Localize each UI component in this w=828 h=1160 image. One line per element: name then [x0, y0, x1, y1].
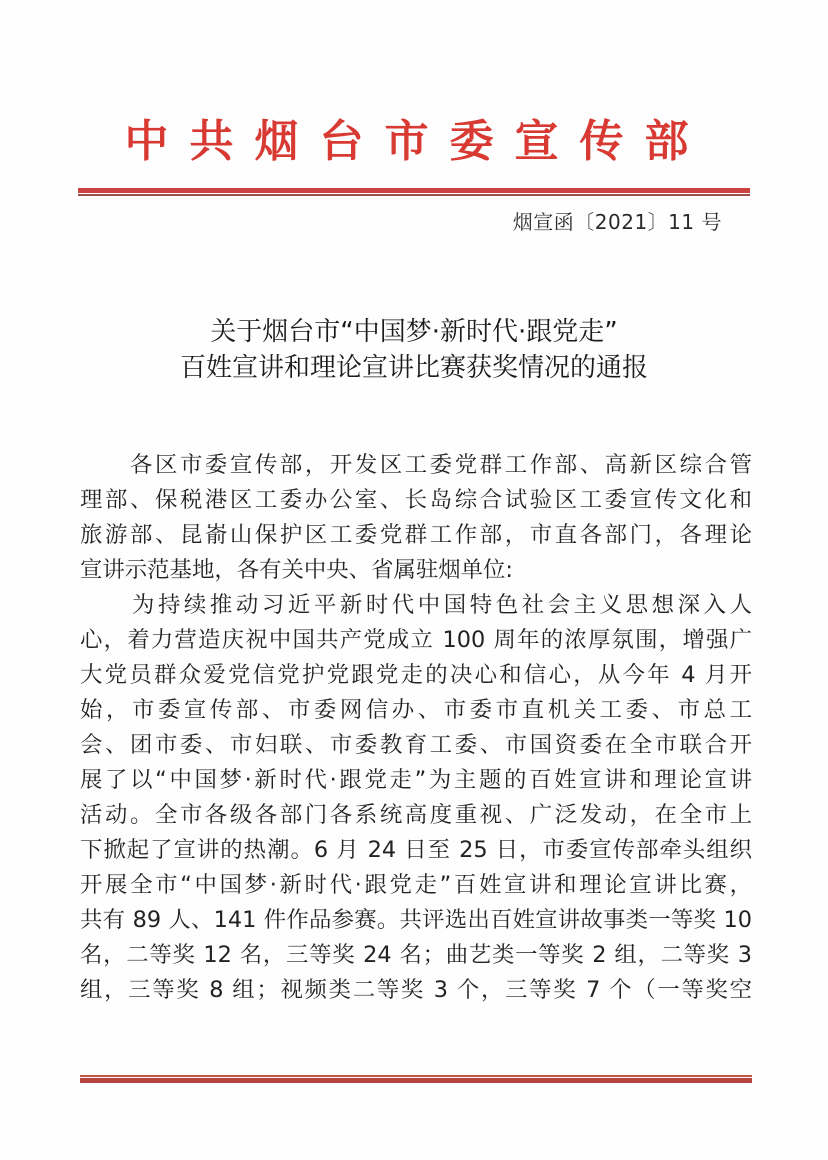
body-line: 开展全市“中国梦·新时代·跟党走”百姓宣讲和理论宣讲比赛， — [80, 868, 752, 903]
document-title: 关于烟台市“中国梦·新时代·跟党走” 百姓宣讲和理论宣讲比赛获奖情况的通报 — [0, 314, 828, 386]
header-divider-thin — [78, 194, 750, 196]
body-line: 为持续推动习近平新时代中国特色社会主义思想深入人 — [80, 588, 752, 623]
document-body: 各区市委宣传部，开发区工委党群工作部、高新区综合管 理部、保税港区工委办公室、长… — [80, 448, 752, 1008]
organization-header: 中共烟台市委宣传部 — [0, 112, 828, 172]
footer-divider — [80, 1075, 752, 1083]
body-line: 旅游部、昆嵛山保护区工委党群工作部，市直各部门，各理论 — [80, 518, 752, 553]
body-line: 大党员群众爱党信党护党跟党走的决心和信心，从今年 4 月开 — [80, 658, 752, 693]
body-line: 下掀起了宣讲的热潮。6 月 24 日至 25 日，市委宣传部牵头组织 — [80, 833, 752, 868]
document-title-line-1: 关于烟台市“中国梦·新时代·跟党走” — [0, 314, 828, 350]
paragraph-main: 为持续推动习近平新时代中国特色社会主义思想深入人 心，着力营造庆祝中国共产党成立… — [80, 588, 752, 1008]
body-line: 展了以“中国梦·新时代·跟党走”为主题的百姓宣讲和理论宣讲 — [80, 763, 752, 798]
body-line: 组，三等奖 8 组；视频类二等奖 3 个，三等奖 7 个（一等奖空 — [80, 973, 752, 1008]
body-line: 始，市委宣传部、市委网信办、市委市直机关工委、市总工 — [80, 693, 752, 728]
document-title-line-2: 百姓宣讲和理论宣讲比赛获奖情况的通报 — [0, 350, 828, 386]
paragraph-addressees: 各区市委宣传部，开发区工委党群工作部、高新区综合管 理部、保税港区工委办公室、长… — [80, 448, 752, 588]
body-line: 心，着力营造庆祝中国共产党成立 100 周年的浓厚氛围，增强广 — [80, 623, 752, 658]
document-page: 中共烟台市委宣传部 烟宣函〔2021〕11 号 关于烟台市“中国梦·新时代·跟党… — [0, 0, 828, 1160]
header-divider — [78, 188, 750, 196]
body-line: 理部、保税港区工委办公室、长岛综合试验区工委宣传文化和 — [80, 483, 752, 518]
body-line: 名，二等奖 12 名，三等奖 24 名；曲艺类一等奖 2 组，二等奖 3 — [80, 938, 752, 973]
document-number: 烟宣函〔2021〕11 号 — [513, 206, 722, 238]
header-divider-thick — [78, 188, 750, 193]
footer-divider-thin — [80, 1075, 752, 1077]
body-line: 活动。全市各级各部门各系统高度重视、广泛发动，在全市上 — [80, 798, 752, 833]
footer-divider-thick — [80, 1078, 752, 1083]
body-line: 会、团市委、市妇联、市委教育工委、市国资委在全市联合开 — [80, 728, 752, 763]
body-line: 共有 89 人、141 件作品参赛。共评选出百姓宣讲故事类一等奖 10 — [80, 903, 752, 938]
body-line: 各区市委宣传部，开发区工委党群工作部、高新区综合管 — [80, 448, 752, 483]
body-line: 宣讲示范基地，各有关中央、省属驻烟单位: — [80, 553, 752, 588]
